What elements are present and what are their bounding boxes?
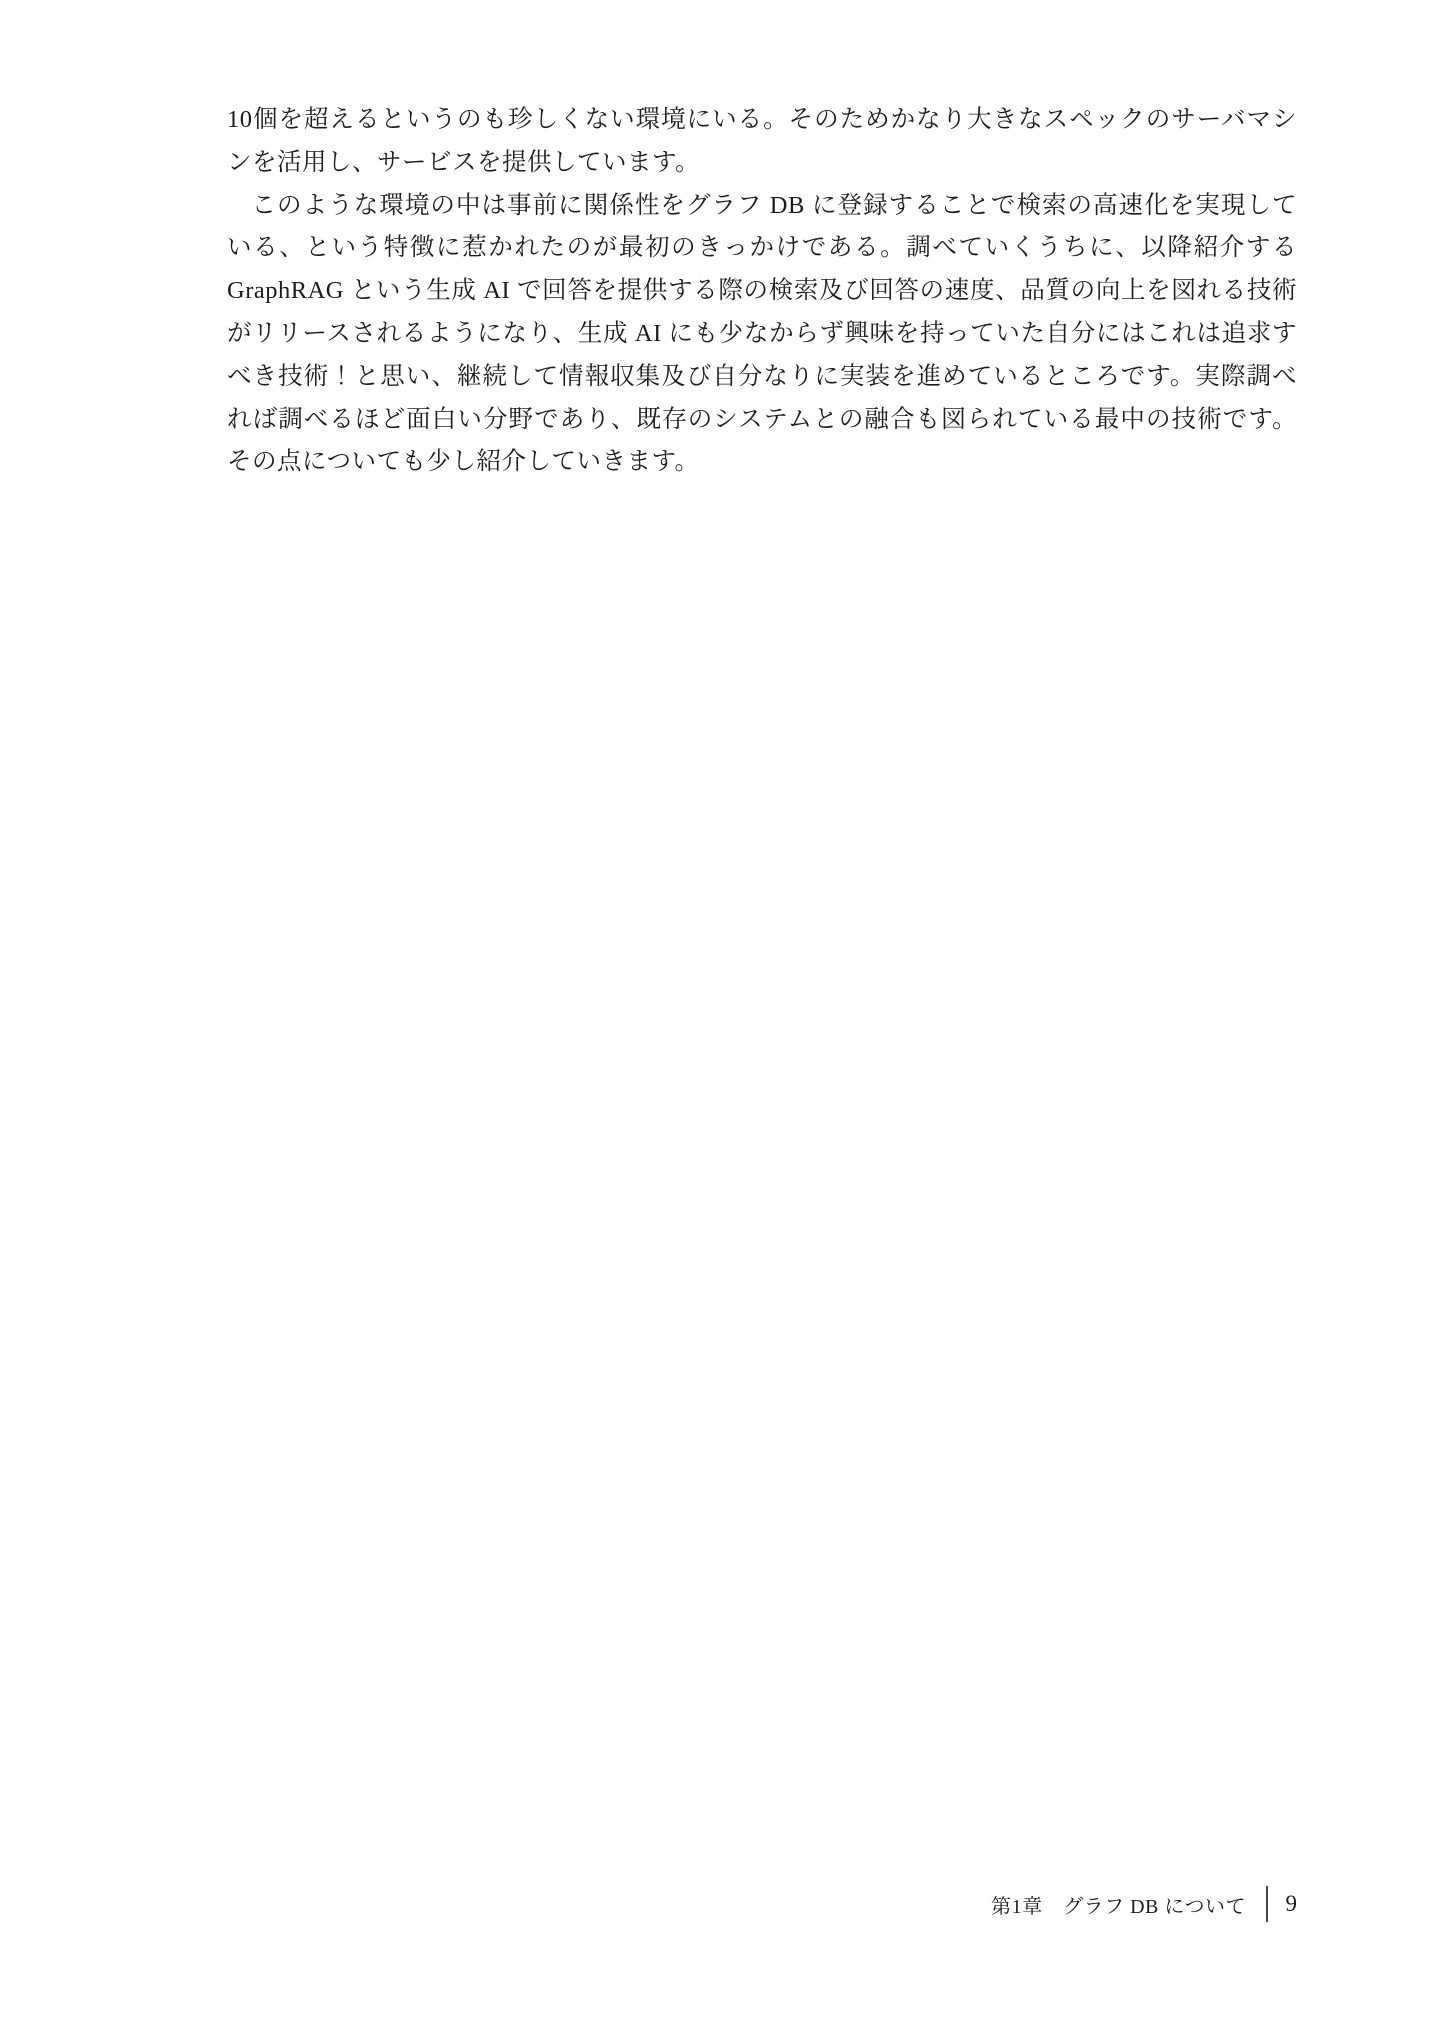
paragraph: 10個を超えるというのも珍しくない環境にいる。そのためかなり大きなスペックのサー… bbox=[227, 99, 1297, 185]
footer-page-number: 9 bbox=[1286, 1891, 1298, 1917]
document-page: 10個を超えるというのも珍しくない環境にいる。そのためかなり大きなスペックのサー… bbox=[0, 0, 1433, 2024]
footer-divider bbox=[1266, 1886, 1268, 1922]
paragraph: このような環境の中は事前に関係性をグラフ DB に登録することで検索の高速化を実… bbox=[227, 185, 1297, 485]
page-footer: 第1章 グラフ DB について 9 bbox=[991, 1884, 1297, 1924]
body-text-block: 10個を超えるというのも珍しくない環境にいる。そのためかなり大きなスペックのサー… bbox=[227, 99, 1297, 484]
footer-chapter-title: 第1章 グラフ DB について bbox=[991, 1890, 1246, 1919]
